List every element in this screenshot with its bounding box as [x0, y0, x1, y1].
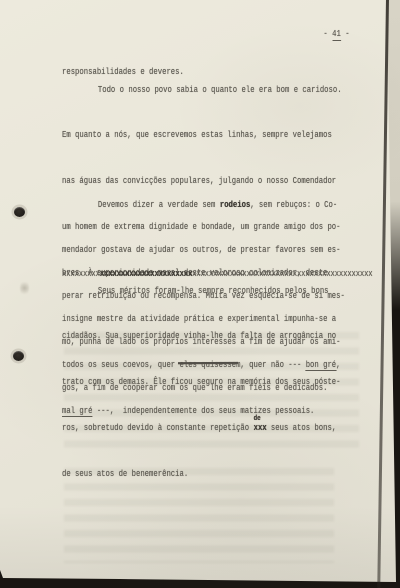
text-line: Em quanto a nós, que escrevemos estas li… — [62, 127, 397, 142]
text-line: Devemos dizer a verdade sem rodeios, sem… — [62, 197, 397, 212]
punch-hole-top — [14, 207, 25, 217]
text-line: Seus méritos foram-lhe sempre reconhecid… — [62, 283, 397, 298]
text-line: de seus atos de benemerência. — [62, 466, 397, 481]
overtyped-word: rodeios — [220, 199, 250, 210]
typed-divider-line — [178, 362, 238, 364]
text-line: ros, sobretudo devido à constante repeti… — [62, 420, 397, 435]
text-line: cidadãos. Sua superioridade vinha-lhe da… — [62, 328, 397, 343]
correction-struck-word: xxx — [253, 422, 266, 433]
scanned-page: - 41 - responsabilidades e deveres. Todo… — [0, 0, 400, 588]
text-line: trato com os demais. Êle ficou seguro na… — [62, 374, 397, 389]
paper-blemish — [20, 280, 29, 296]
text-line: Todo o nosso povo sabia o quanto ele era… — [62, 82, 397, 97]
paragraph-3: Seus méritos foram-lhe sempre reconhecid… — [62, 252, 397, 512]
typed-correction: dexxx — [253, 422, 266, 433]
punch-hole-bottom — [13, 351, 24, 361]
correction-inserted-word: de — [253, 416, 260, 423]
scanned-document-screenshot: { "page": { "number_prefix": "- ", "numb… — [0, 0, 400, 588]
